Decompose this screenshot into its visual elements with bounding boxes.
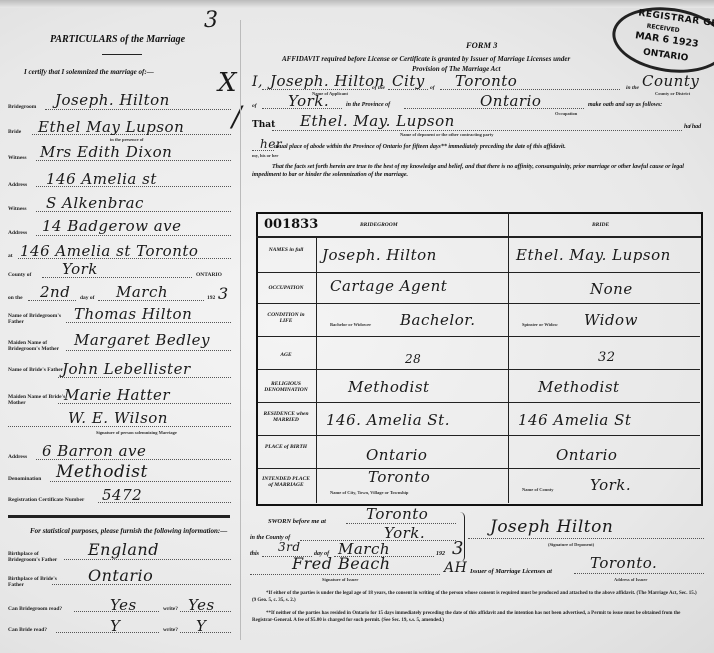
bride-condition: Widow — [584, 311, 638, 329]
bride-occupation: None — [590, 280, 633, 298]
groom-read-value: Yes — [110, 596, 137, 614]
intended-county: York. — [590, 476, 631, 494]
address1-value: 146 Amelia st — [46, 170, 157, 188]
names-row-label: NAMES in full — [262, 247, 310, 253]
issuer-address: Toronto. — [590, 554, 657, 572]
officiant-address-value: 6 Barron ave — [42, 442, 146, 460]
marriage-day-value: 2nd — [40, 283, 70, 301]
groom-father-value: Thomas Hilton — [74, 305, 192, 323]
footnote-2: **If neither of the parties has resided … — [252, 610, 702, 624]
of2-label: of — [252, 103, 257, 109]
bride-read-line — [56, 632, 159, 633]
affidavit-county: York. — [288, 92, 329, 110]
row-rule — [258, 435, 700, 436]
witness1-label: Witness — [8, 155, 27, 161]
panel-divider — [240, 20, 241, 640]
applicant-name: Joseph. Hilton — [270, 72, 385, 90]
at-label: at — [8, 253, 13, 259]
intended-place-row-label: INTENDED PLACE of MARRIAGE — [262, 476, 310, 488]
birthplace-row-label: PLACE of BIRTH — [262, 444, 310, 450]
religion-row-label: RELIGIOUS DENOMINATION — [262, 381, 310, 393]
bride-label: Bride — [8, 129, 21, 135]
bridegroom-label: Bridegroom — [8, 104, 36, 110]
deponent-label: Name of deponent or the other contractin… — [400, 132, 493, 137]
in-the-label: in the — [626, 85, 639, 91]
bride-residence: 146 Amelia St — [518, 411, 631, 429]
groom-mother-label: Maiden Name of Bridegroom's Mother — [8, 340, 66, 352]
municipality-type: City — [392, 72, 425, 90]
bride-write-value: Y — [196, 617, 206, 635]
name-of-county-label: Name of County — [522, 487, 554, 492]
on-the-label: on the — [8, 295, 23, 301]
bride-age: 32 — [598, 350, 616, 365]
table-header-rule — [256, 236, 702, 238]
groom-mother-value: Margaret Bedley — [74, 331, 210, 349]
age-row-label: AGE — [262, 352, 310, 358]
table-column-divider — [508, 212, 509, 503]
sworn-day: 3rd — [278, 540, 301, 554]
registration-number: 5472 — [102, 486, 142, 504]
groom-full-name: Joseph. Hilton — [322, 246, 437, 264]
groom-read-label: Can Bridegroom read? — [8, 606, 62, 612]
of-the-label: of the — [372, 85, 385, 91]
issuer-address-label: Address of Issuer — [614, 577, 647, 582]
of-label: of — [430, 85, 435, 91]
denomination-value: Methodist — [56, 462, 148, 482]
city-town-sublabel: Name of City, Town, Village or Township — [330, 490, 408, 495]
groom-father-birthplace-line — [64, 559, 231, 560]
presence-sublabel: in the presence of — [110, 137, 144, 142]
officiant-signature: W. E. Wilson — [68, 409, 168, 427]
groom-write-value: Yes — [188, 596, 215, 614]
groom-father-label: Name of Bridegroom's Father — [8, 313, 66, 325]
deponent-signature-line — [468, 538, 704, 539]
serial-number: 001833 — [264, 217, 318, 232]
deponent-signature: Joseph Hilton — [490, 517, 613, 537]
check-mark-x: X — [218, 68, 237, 98]
issuer-signature: Fred Beach — [292, 554, 391, 573]
witness2-label: Witness — [8, 206, 27, 212]
groom-religion: Methodist — [348, 378, 430, 396]
bride-father-label: Name of Bride's Father — [8, 367, 66, 373]
bride-birthplace: Ontario — [556, 446, 617, 464]
year-value: 3 — [218, 284, 229, 303]
sworn-county: York. — [384, 524, 425, 542]
bridegroom-value: Joseph. Hilton — [55, 91, 170, 109]
bride-mother-value: Marie Hatter — [64, 386, 170, 404]
spinster-widow-label: Spinster or Widow — [522, 322, 558, 327]
occupation-row-label: OCCUPATION — [262, 285, 310, 291]
bride-write-label: write? — [163, 627, 178, 633]
bride-father-birthplace: Ontario — [88, 566, 153, 585]
county-value: York — [62, 260, 98, 278]
groom-father-birthplace: England — [88, 540, 159, 559]
abode-text: usual place of abode within the Province… — [274, 144, 566, 150]
issuer-signature-line — [250, 574, 440, 575]
county-type: County — [642, 72, 699, 90]
deponent-signature-label: (Signature of Deponent) — [548, 542, 594, 547]
denomination-label: Denomination — [8, 476, 41, 482]
officiant-sig-label: Signature of person solemnizing Marriage — [96, 430, 177, 435]
affidavit-title: AFFIDAVIT required before License or Cer… — [282, 55, 570, 63]
province-value: Ontario — [480, 92, 541, 110]
at-value: 146 Amelia st Toronto — [20, 242, 198, 260]
groom-birthplace: Ontario — [366, 446, 427, 464]
groom-father-birthplace-label: Birthplace of Bridegroom's Father — [8, 551, 68, 563]
issuer-signature-label: Signature of Issuer — [322, 577, 358, 582]
stamp-bottom-text: ONTARIO — [642, 47, 688, 63]
scan-edge-shadow — [0, 0, 714, 8]
address2-line — [36, 235, 231, 236]
residence-row-label: RESIDENCE when MARRIED — [262, 411, 310, 423]
applicant-prefix: I, — [252, 74, 263, 90]
bride-father-value: John Lebellister — [62, 360, 191, 378]
bridegroom-column-header: BRIDEGROOM — [360, 222, 398, 228]
oath-text: make oath and say as follows: — [588, 102, 662, 108]
groom-residence: 146. Amelia St. — [326, 411, 450, 429]
row-rule — [258, 272, 700, 273]
officiant-address-label: Address — [8, 454, 27, 460]
particulars-title: PARTICULARS of the Marriage — [50, 34, 185, 45]
groom-occupation: Cartage Agent — [330, 277, 447, 295]
bridegroom-line — [45, 109, 231, 110]
row-rule — [258, 336, 700, 337]
address1-label: Address — [8, 182, 27, 188]
sworn-place: Toronto — [366, 505, 428, 523]
bride-read-value: Y — [110, 617, 120, 635]
province-text: in the Province of — [346, 102, 390, 108]
intended-city: Toronto — [368, 468, 430, 486]
municipality: Toronto — [455, 72, 517, 90]
registrar-general-stamp: REGISTRAR GENERAL RECEIVED MAR 6 1923 ON… — [608, 0, 714, 80]
year-prefix: 192 — [207, 295, 215, 301]
bride-mother-label: Maiden Name of Bride's Mother — [8, 394, 66, 406]
bride-full-name: Ethel. May. Lupson — [516, 246, 671, 264]
sworn-label: SWORN before me at — [268, 518, 326, 525]
ontario-label: ONTARIO — [196, 272, 222, 278]
pronoun-label: my, his or her — [252, 153, 278, 158]
row-rule — [258, 468, 700, 469]
address2-value: 14 Badgerow ave — [42, 217, 182, 235]
that-label: That — [252, 120, 275, 130]
condition-row-label: CONDITION in LIFE — [262, 312, 310, 324]
sworn-brace — [460, 512, 465, 562]
issuer-address-line — [574, 573, 704, 574]
issuer-text: Issuer of Marriage Licenses at — [470, 568, 552, 575]
has-had-label: ha̸ had — [684, 124, 701, 130]
deponent-line — [272, 130, 682, 131]
witness1-value: Mrs Edith Dixon — [40, 143, 172, 161]
county-district-label: County or District — [655, 91, 690, 96]
marriage-month-value: March — [116, 283, 168, 301]
section-separator — [8, 515, 230, 518]
marriage-record-page: 3 X / PARTICULARS of the Marriage I cert… — [0, 0, 714, 653]
bride-column-header: BRIDE — [592, 222, 609, 228]
this-label: this — [250, 551, 259, 557]
certify-text: I certify that I solemnized the marriage… — [24, 68, 154, 76]
statistics-intro: For statistical purposes, please furnish… — [8, 526, 230, 536]
occupation-sublabel: Occupation — [555, 111, 577, 116]
groom-condition: Bachelor. — [400, 311, 476, 329]
issuer-initials: AH — [444, 560, 467, 576]
bride-read-label: Can Bride read? — [8, 627, 47, 633]
registration-label: Registration Certificate Number — [8, 497, 84, 503]
day-of-label: day of — [80, 295, 95, 301]
title-rule — [102, 54, 142, 55]
groom-mother-line — [66, 350, 231, 351]
sworn-year-prefix: 192 — [436, 551, 445, 557]
bride-value: Ethel May Lupson — [38, 118, 184, 136]
groom-write-label: write? — [163, 606, 178, 612]
row-rule — [258, 303, 700, 304]
bride-religion: Methodist — [538, 378, 620, 396]
county-label: County of — [8, 272, 31, 278]
footnote-1: *If either of the parties is under the l… — [252, 590, 702, 604]
groom-age: 28 — [405, 352, 421, 366]
bride-father-birthplace-label: Birthplace of Bride's Father — [8, 576, 68, 588]
row-rule — [258, 369, 700, 370]
bachelor-widower-label: Bachelor or Widower — [330, 322, 371, 327]
deponent-name: Ethel. May. Lupson — [300, 112, 455, 130]
page-number-mark: 3 — [204, 8, 219, 33]
facts-text: That the facts set forth herein are true… — [252, 163, 702, 179]
form-title: FORM 3 — [466, 40, 497, 50]
witness2-value: S Alkenbrac — [46, 194, 144, 212]
address2-label: Address — [8, 230, 27, 236]
row-rule — [258, 402, 700, 403]
